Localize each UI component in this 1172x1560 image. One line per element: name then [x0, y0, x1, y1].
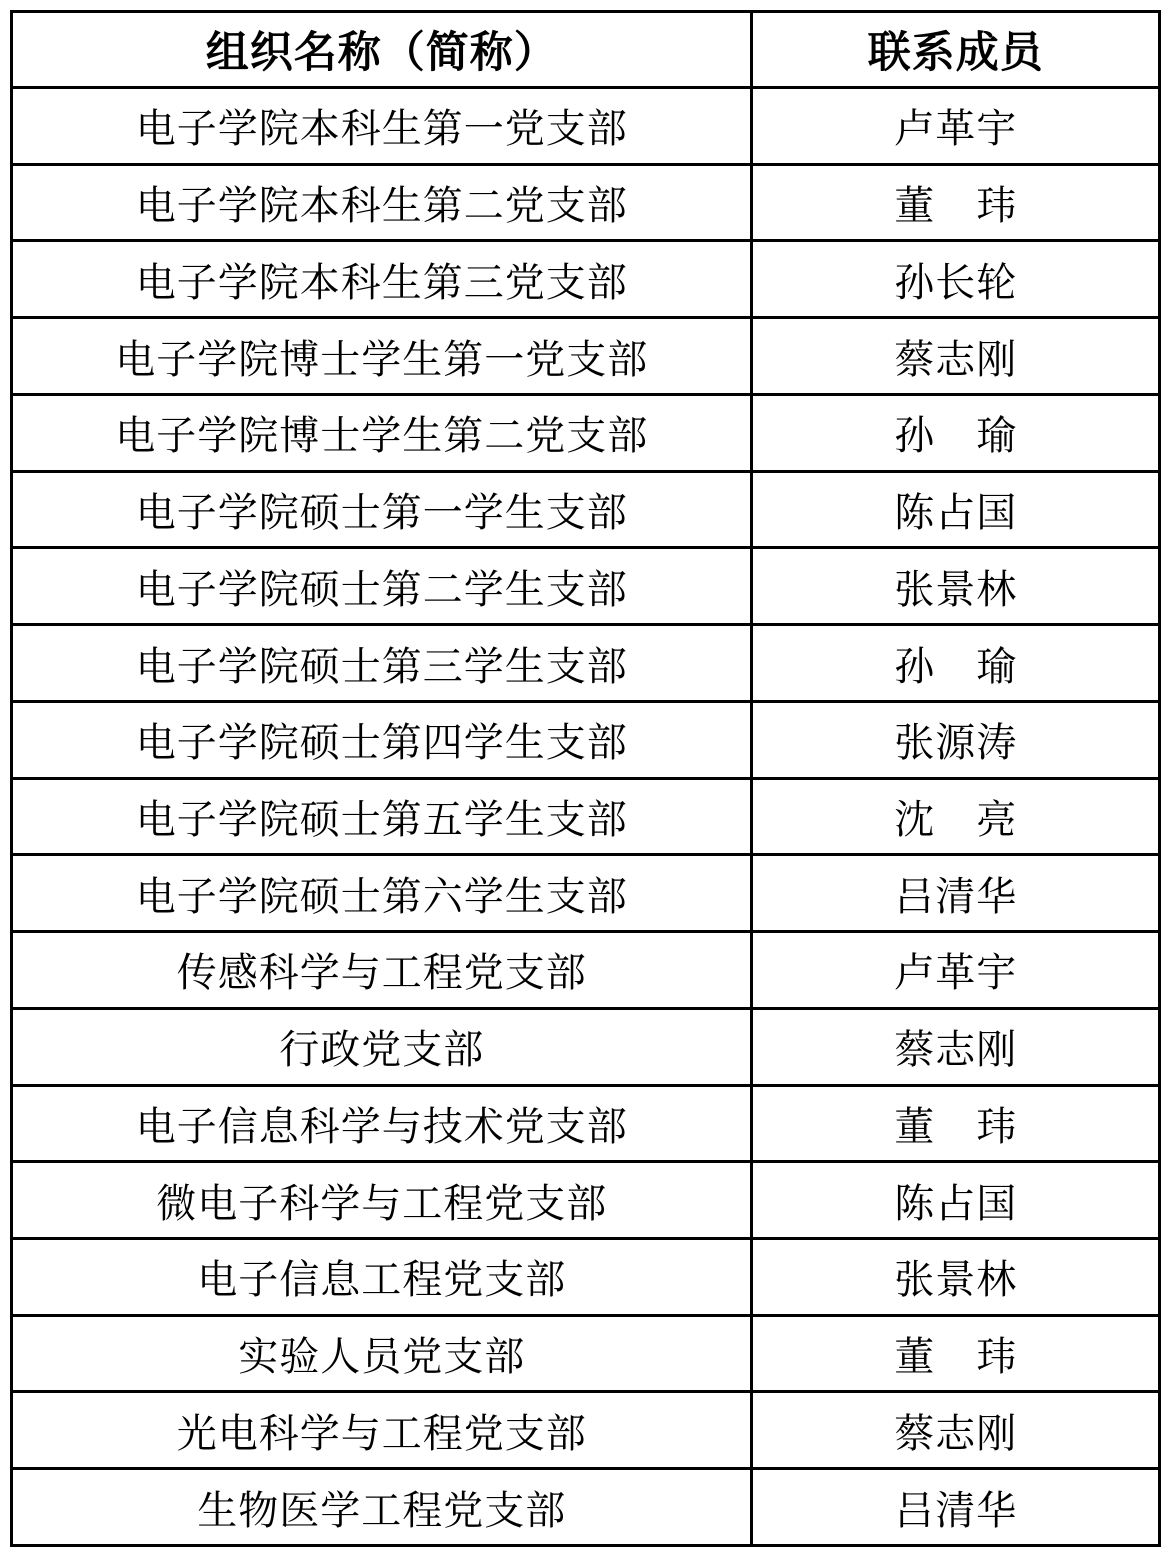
organization-cell: 电子学院硕士第五学生支部: [12, 778, 752, 855]
contact-cell: 董 玮: [752, 1085, 1160, 1162]
organization-cell: 电子信息工程党支部: [12, 1239, 752, 1316]
table-row: 电子学院本科生第三党支部孙长轮: [12, 241, 1160, 318]
table-row: 行政党支部蔡志刚: [12, 1008, 1160, 1085]
contact-cell: 卢革宇: [752, 88, 1160, 165]
column-header-organization: 组织名称（简称）: [12, 12, 752, 88]
organization-cell: 电子学院硕士第一学生支部: [12, 471, 752, 548]
organization-cell: 传感科学与工程党支部: [12, 932, 752, 1009]
table-row: 电子信息科学与技术党支部董 玮: [12, 1085, 1160, 1162]
contact-cell: 沈 亮: [752, 778, 1160, 855]
contact-cell: 张景林: [752, 548, 1160, 625]
column-header-contact: 联系成员: [752, 12, 1160, 88]
organization-cell: 电子学院硕士第二学生支部: [12, 548, 752, 625]
table-row: 电子学院硕士第六学生支部吕清华: [12, 855, 1160, 932]
organization-cell: 电子学院硕士第六学生支部: [12, 855, 752, 932]
organization-cell: 电子学院本科生第二党支部: [12, 164, 752, 241]
table-row: 微电子科学与工程党支部陈占国: [12, 1162, 1160, 1239]
contact-cell: 董 玮: [752, 164, 1160, 241]
table-row: 光电科学与工程党支部蔡志刚: [12, 1392, 1160, 1469]
organization-cell: 光电科学与工程党支部: [12, 1392, 752, 1469]
organization-cell: 生物医学工程党支部: [12, 1469, 752, 1546]
organization-cell: 微电子科学与工程党支部: [12, 1162, 752, 1239]
table-body: 电子学院本科生第一党支部卢革宇电子学院本科生第二党支部董 玮电子学院本科生第三党…: [12, 88, 1160, 1546]
contact-cell: 吕清华: [752, 1469, 1160, 1546]
table-row: 电子学院硕士第二学生支部张景林: [12, 548, 1160, 625]
contact-cell: 陈占国: [752, 471, 1160, 548]
contact-cell: 孙 瑜: [752, 625, 1160, 702]
contact-cell: 张源涛: [752, 701, 1160, 778]
table-row: 电子学院博士学生第二党支部孙 瑜: [12, 394, 1160, 471]
contact-cell: 蔡志刚: [752, 1392, 1160, 1469]
table-row: 电子学院本科生第二党支部董 玮: [12, 164, 1160, 241]
contact-cell: 董 玮: [752, 1315, 1160, 1392]
table-row: 电子学院本科生第一党支部卢革宇: [12, 88, 1160, 165]
organization-cell: 实验人员党支部: [12, 1315, 752, 1392]
org-contact-table: 组织名称（简称） 联系成员 电子学院本科生第一党支部卢革宇电子学院本科生第二党支…: [10, 10, 1161, 1547]
organization-cell: 电子学院硕士第三学生支部: [12, 625, 752, 702]
organization-cell: 电子学院博士学生第一党支部: [12, 318, 752, 395]
contact-cell: 吕清华: [752, 855, 1160, 932]
contact-cell: 孙 瑜: [752, 394, 1160, 471]
contact-cell: 卢革宇: [752, 932, 1160, 1009]
header-row: 组织名称（简称） 联系成员: [12, 12, 1160, 88]
contact-cell: 孙长轮: [752, 241, 1160, 318]
organization-cell: 电子信息科学与技术党支部: [12, 1085, 752, 1162]
organization-cell: 电子学院博士学生第二党支部: [12, 394, 752, 471]
table-row: 电子学院博士学生第一党支部蔡志刚: [12, 318, 1160, 395]
table-row: 实验人员党支部董 玮: [12, 1315, 1160, 1392]
table-row: 传感科学与工程党支部卢革宇: [12, 932, 1160, 1009]
table-row: 电子学院硕士第三学生支部孙 瑜: [12, 625, 1160, 702]
organization-cell: 电子学院本科生第三党支部: [12, 241, 752, 318]
table-row: 电子学院硕士第四学生支部张源涛: [12, 701, 1160, 778]
contact-cell: 张景林: [752, 1239, 1160, 1316]
contact-cell: 蔡志刚: [752, 318, 1160, 395]
document-page: 组织名称（简称） 联系成员 电子学院本科生第一党支部卢革宇电子学院本科生第二党支…: [0, 0, 1172, 1560]
organization-cell: 电子学院硕士第四学生支部: [12, 701, 752, 778]
table-header: 组织名称（简称） 联系成员: [12, 12, 1160, 88]
table-row: 电子信息工程党支部张景林: [12, 1239, 1160, 1316]
contact-cell: 陈占国: [752, 1162, 1160, 1239]
table-row: 电子学院硕士第五学生支部沈 亮: [12, 778, 1160, 855]
table-row: 电子学院硕士第一学生支部陈占国: [12, 471, 1160, 548]
contact-cell: 蔡志刚: [752, 1008, 1160, 1085]
organization-cell: 电子学院本科生第一党支部: [12, 88, 752, 165]
organization-cell: 行政党支部: [12, 1008, 752, 1085]
table-row: 生物医学工程党支部吕清华: [12, 1469, 1160, 1546]
